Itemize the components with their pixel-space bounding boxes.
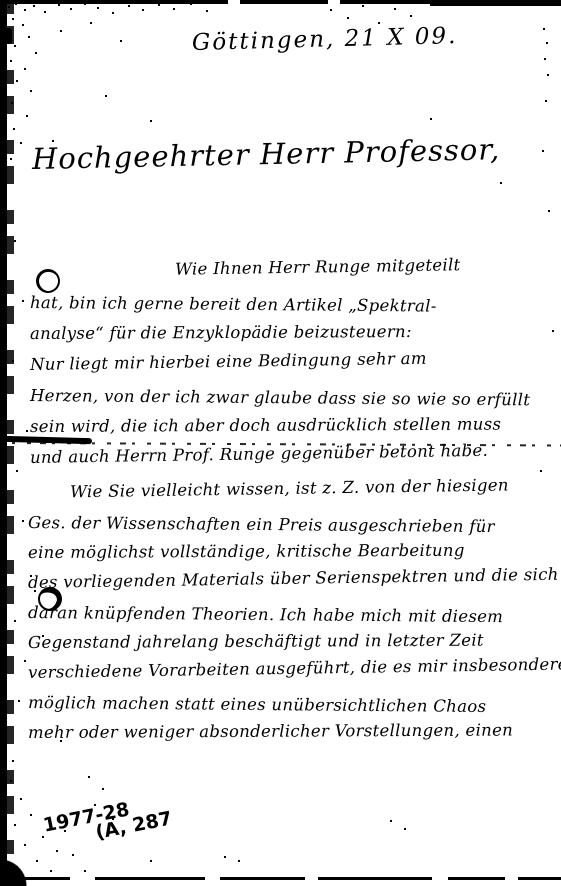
paragraph-2: Wie Sie vielleicht wissen, ist z. Z. von… xyxy=(28,478,558,748)
dateline: Göttingen, 21 X 09. xyxy=(192,23,458,56)
archival-number: 1977-28 (A, 287 xyxy=(42,794,173,852)
noise-speckles-left xyxy=(0,0,2,2)
scanned-letter-page: Göttingen, 21 X 09. Hochgeehrter Herr Pr… xyxy=(0,0,561,886)
paragraph-1: Wie Ihnen Herr Runge mitgeteilt hat, bin… xyxy=(30,256,555,473)
letter-line: Wie Sie vielleicht wissen, ist z. Z. von… xyxy=(28,470,558,508)
letter-line: mehr oder weniger absonderlicher Vorstel… xyxy=(28,715,558,748)
scan-edge-bottom xyxy=(0,877,561,880)
scan-edge-top-right xyxy=(430,0,561,6)
noise-speckles-bottom-left xyxy=(0,760,2,762)
noise-blob-left-2 xyxy=(1,290,7,300)
salutation: Hochgeehrter Herr Professor, xyxy=(32,132,501,176)
scan-corner-bottom-left xyxy=(0,840,46,886)
noise-blob-left xyxy=(2,28,12,44)
letter-line: Wie Ihnen Herr Runge mitgeteilt xyxy=(30,248,555,287)
